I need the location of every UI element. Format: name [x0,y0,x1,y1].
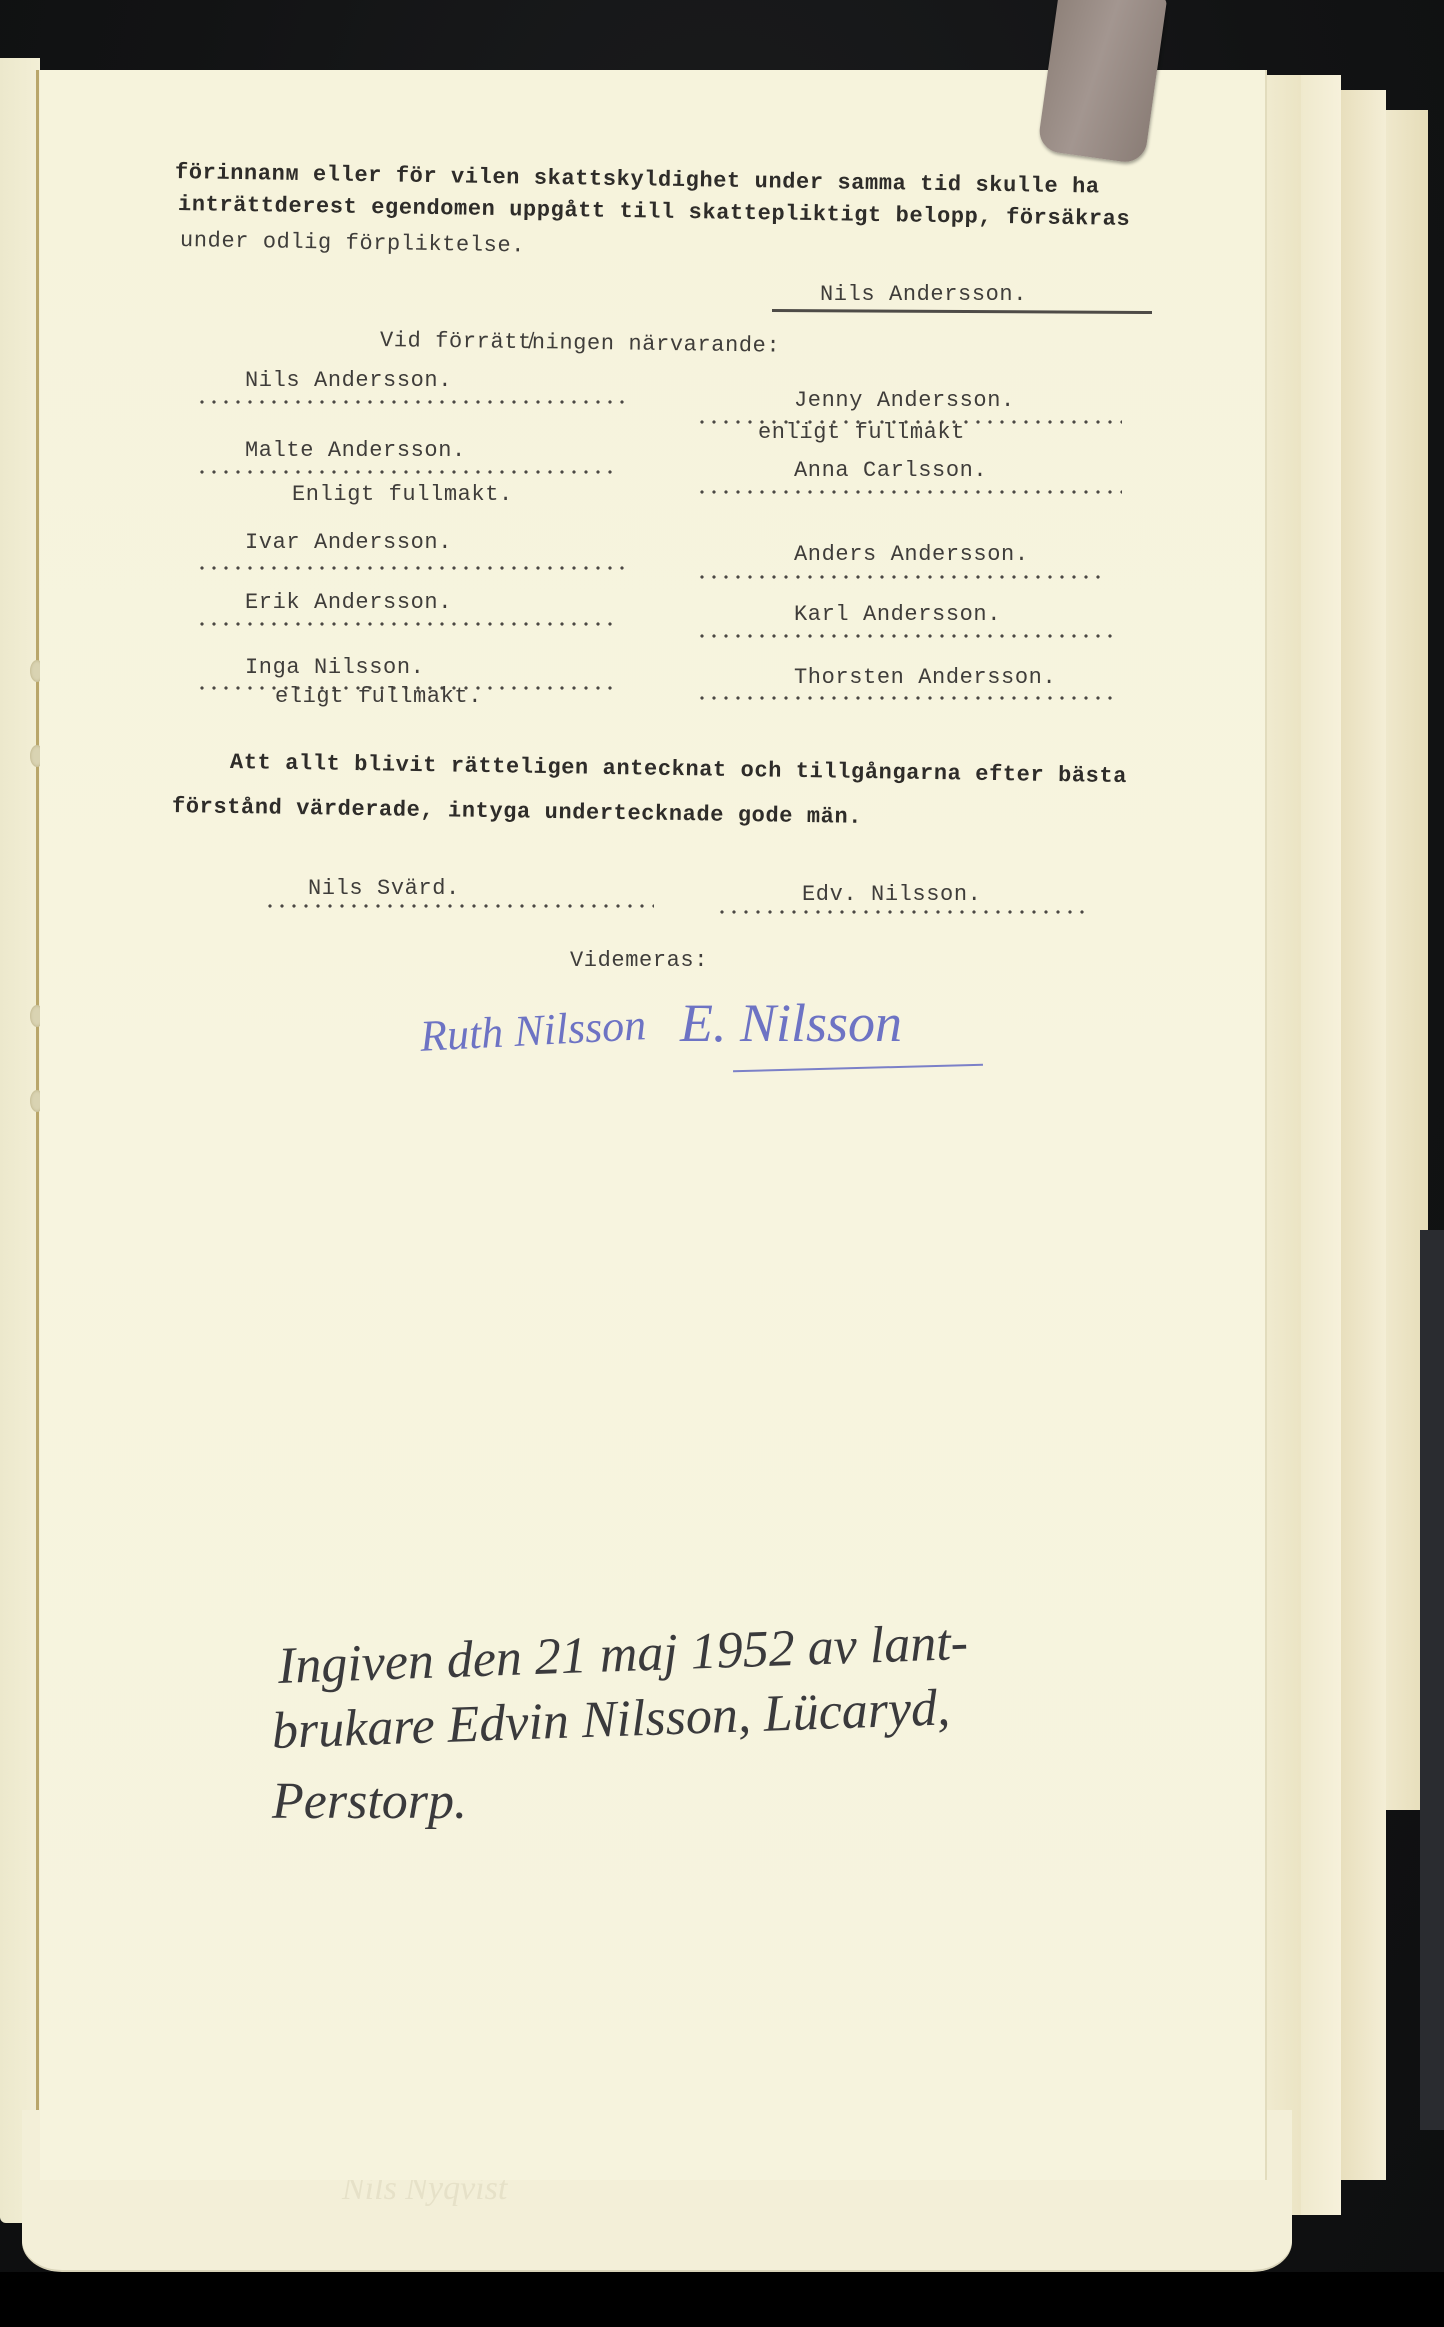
present-name: Thorsten Andersson. [794,665,1056,690]
present-note: Enligt fullmakt. [292,482,513,507]
dotted-line [696,696,1116,700]
trustee-name: Edv. Nilsson. [802,882,981,907]
signature-line [772,309,1152,314]
bottom-black-band [0,2272,1444,2327]
attestation-line: förstånd värderade, intyga undertecknade… [172,794,862,830]
present-name: Anders Andersson. [794,542,1029,567]
signature-underline [733,1064,983,1073]
present-name: Ivar Andersson. [245,530,452,555]
dotted-line [196,470,616,474]
declarant-signature: Nils Andersson. [820,282,1027,307]
dotted-line [196,622,616,626]
present-note: enligt fullmakt [758,420,965,445]
left-page-edge [0,58,40,2223]
paragraph-line: under odlig förpliktelse. [180,228,525,258]
present-heading: Vid förrätt̸ningen närvarande: [380,328,781,359]
document-page: förinnanм eller för vilen skattskyldighe… [40,70,1265,2180]
present-name: Anna Carlsson. [794,458,987,483]
handwritten-note-line: Perstorp. [272,1770,467,1834]
binding-gutter [36,70,39,2180]
binder-cover [1420,1230,1444,2130]
paragraph-line: inträttderest egendomen uppgått till ska… [178,192,1131,232]
witness-signature: Ruth Nilsson [419,999,648,1062]
present-name: Nils Andersson. [245,368,452,393]
page-stack-edge [1340,90,1386,2180]
attestation-line: Att allt blivit rätteligen antecknat och… [230,750,1127,789]
present-name: Karl Andersson. [794,602,1001,627]
witness-label: Videmeras: [570,948,708,973]
dotted-line [696,575,1106,579]
present-name: Inga Nilsson. [245,655,424,680]
dotted-line [196,400,626,404]
dotted-line [716,910,1086,914]
dotted-line [696,490,1122,494]
present-name: Malte Andersson. [245,438,466,463]
present-note: eligt fullmakt. [275,684,482,709]
dotted-line [264,904,654,908]
witness-signature: E. Nilsson [680,992,902,1054]
dotted-line [696,634,1116,638]
dotted-line [196,566,626,570]
present-name: Jenny Andersson. [794,388,1015,413]
present-name: Erik Andersson. [245,590,452,615]
page-stack-edge [1300,75,1341,2215]
trustee-name: Nils Svärd. [308,876,460,901]
